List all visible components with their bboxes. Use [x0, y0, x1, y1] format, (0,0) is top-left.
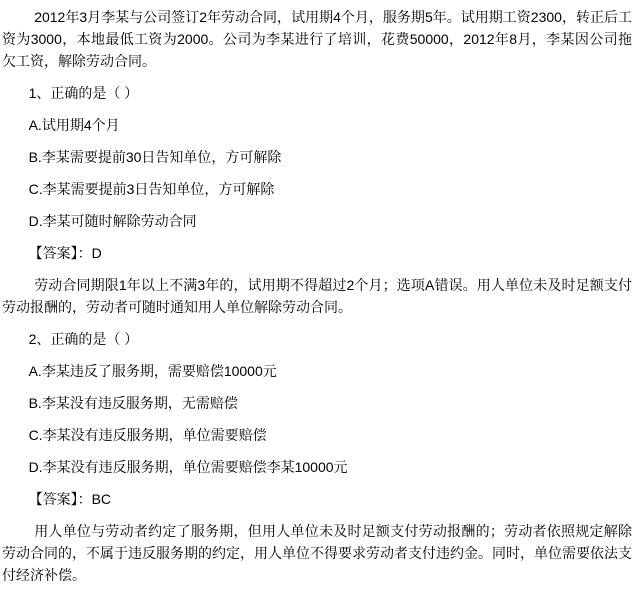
- question-2-option-b: B.李某没有违反服务期，无需赔偿: [2, 392, 632, 414]
- question-1-title: 1、正确的是（ ）: [2, 82, 632, 104]
- exam-document: 2012年3月李某与公司签订2年劳动合同，试用期4个月，服务期5年。试用期工资2…: [0, 0, 636, 586]
- question-2-option-d: D.李某没有违反服务期，单位需要赔偿李某10000元: [2, 456, 632, 478]
- question-2-option-c: C.李某没有违反服务期，单位需要赔偿: [2, 424, 632, 446]
- question-1-option-d: D.李某可随时解除劳动合同: [2, 210, 632, 232]
- question-1-answer: 【答案】：D: [2, 242, 632, 264]
- question-1-option-a: A.试用期4个月: [2, 114, 632, 136]
- question-2-answer: 【答案】：BC: [2, 488, 632, 510]
- question-2-explanation: 用人单位与劳动者约定了服务期，但用人单位未及时足额支付劳动报酬的；劳动者依照规定…: [2, 520, 632, 586]
- question-1-explanation: 劳动合同期限1年以上不满3年的，试用期不得超过2个月；选项A错误。用人单位未及时…: [2, 274, 632, 318]
- question-2-title: 2、正确的是（ ）: [2, 328, 632, 350]
- question-1-option-c: C.李某需要提前3日告知单位，方可解除: [2, 178, 632, 200]
- question-1-option-b: B.李某需要提前30日告知单位，方可解除: [2, 146, 632, 168]
- intro-paragraph: 2012年3月李某与公司签订2年劳动合同，试用期4个月，服务期5年。试用期工资2…: [2, 6, 632, 72]
- question-2-option-a: A.李某违反了服务期，需要赔偿10000元: [2, 360, 632, 382]
